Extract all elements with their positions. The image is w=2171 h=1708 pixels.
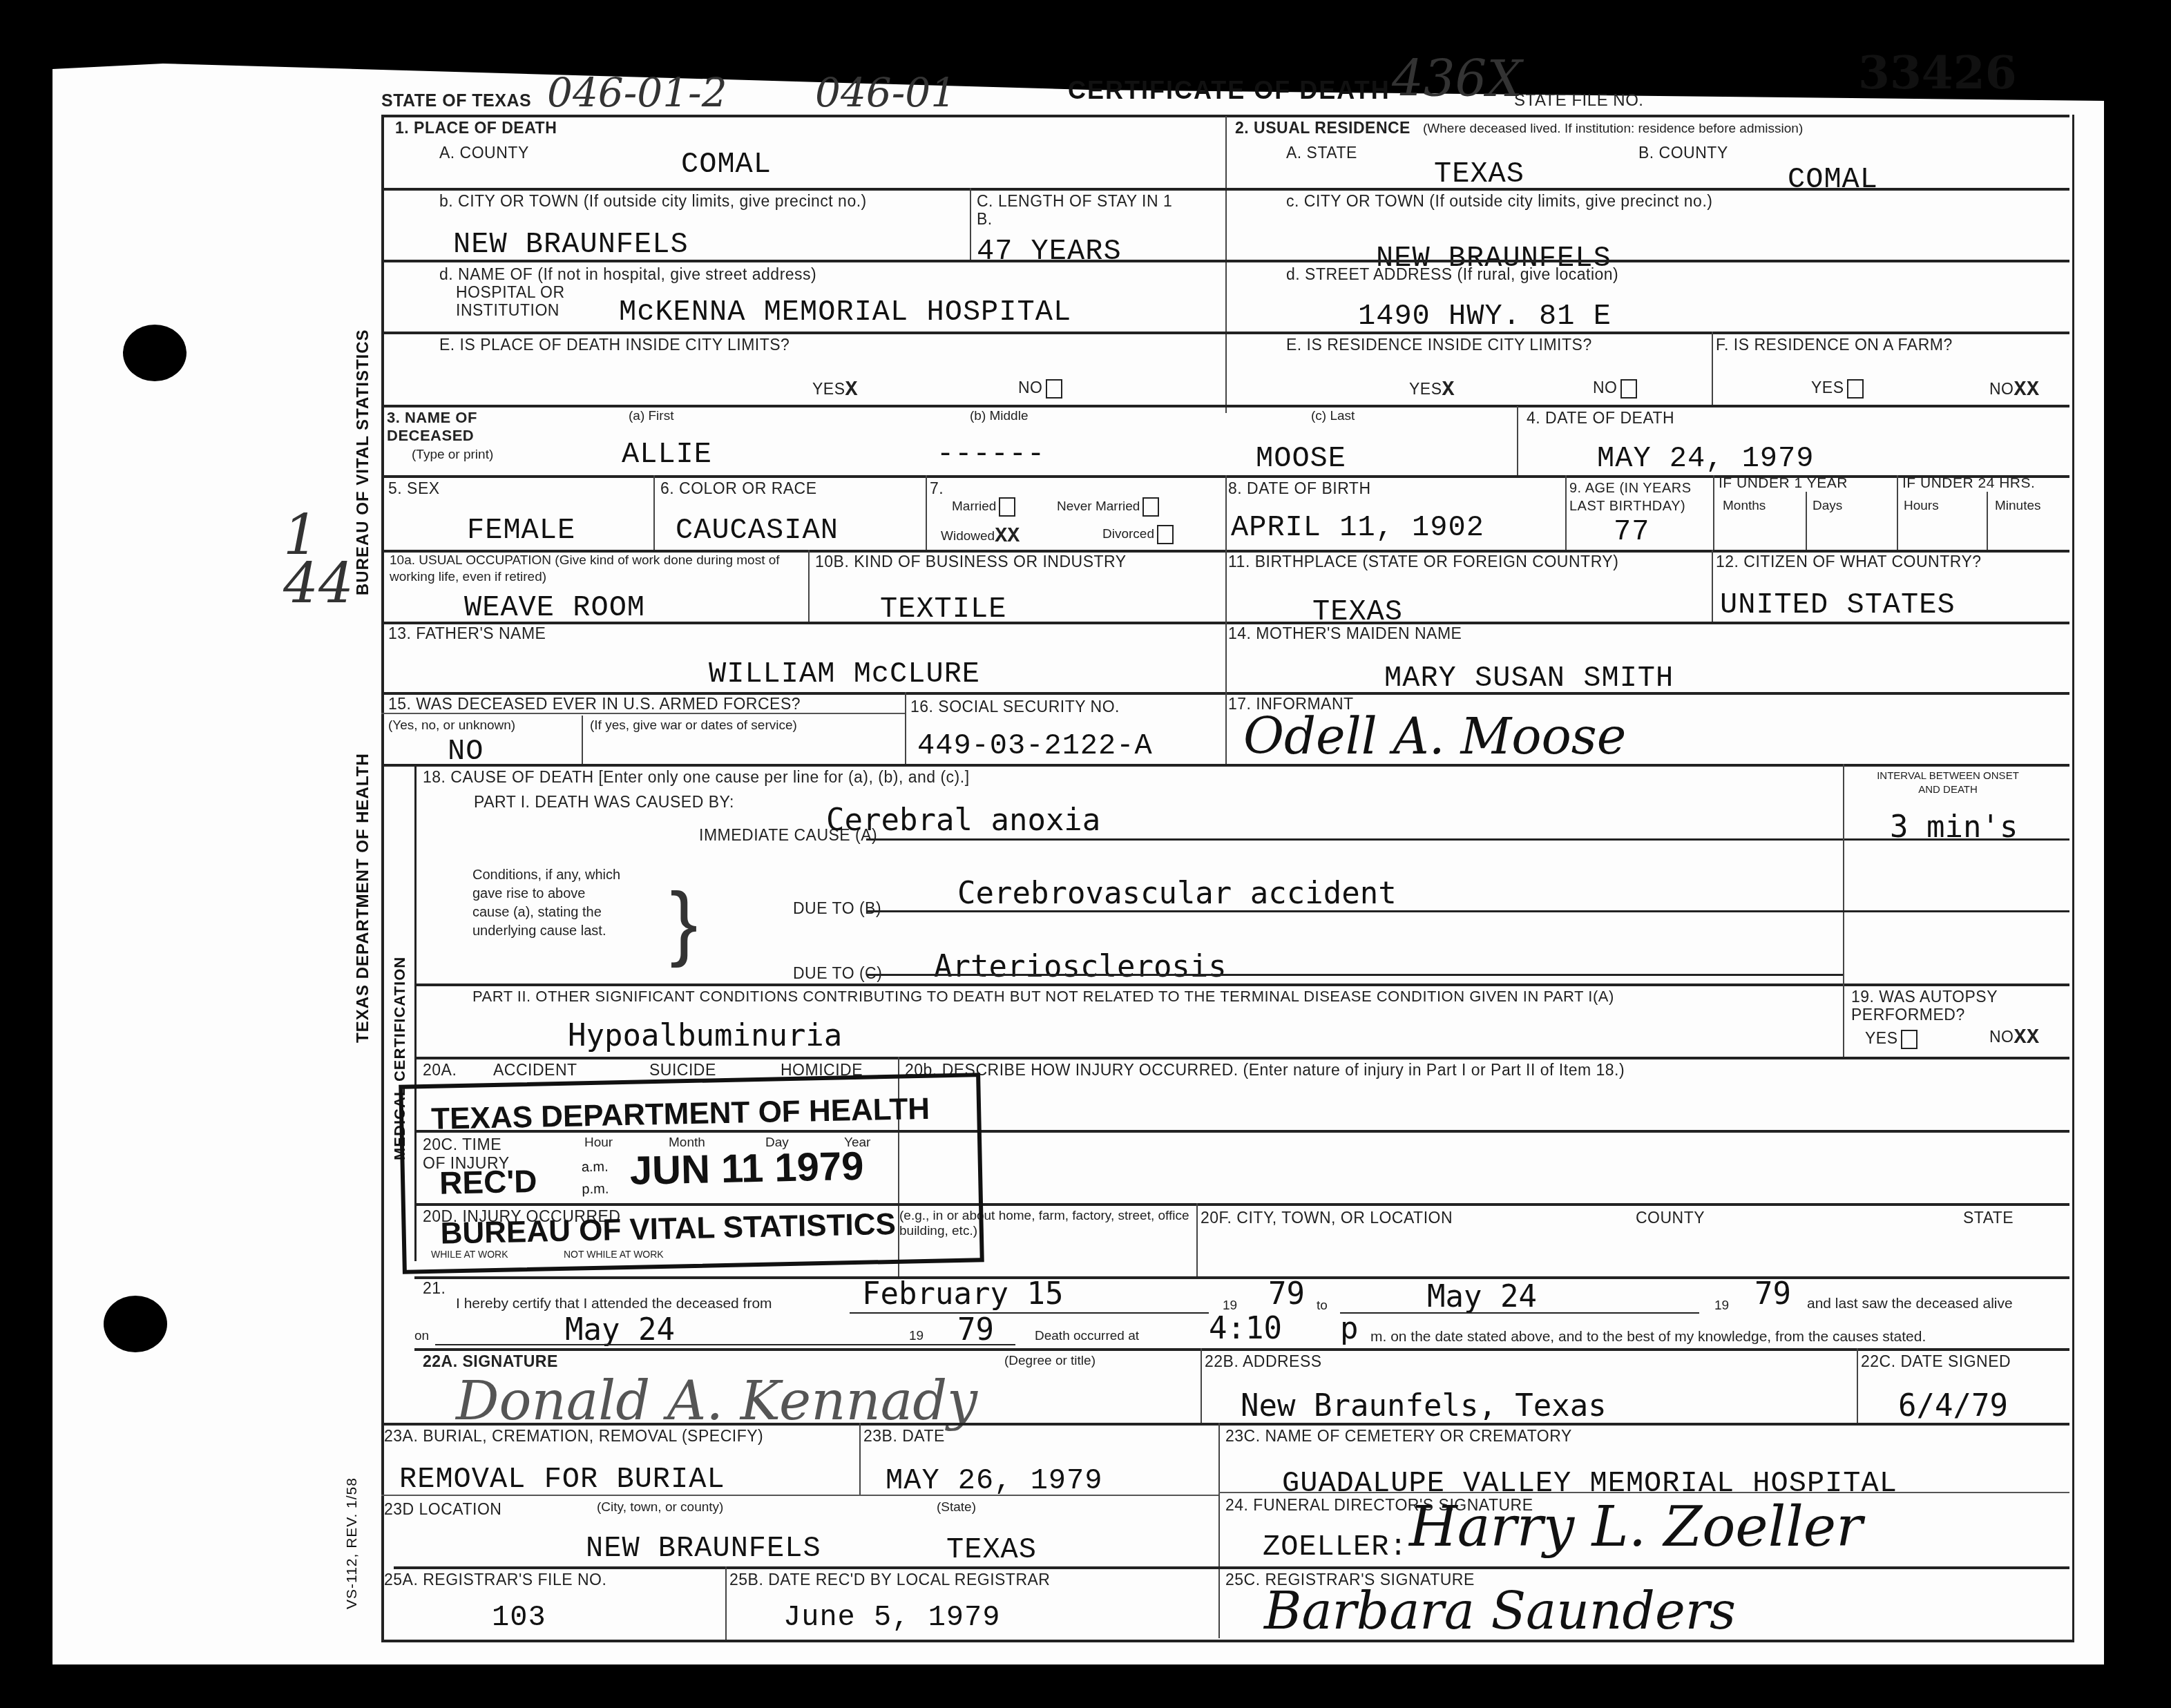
hospital-name: McKENNA MEMORIAL HOSPITAL (619, 296, 1071, 329)
bracket-icon: } (670, 874, 698, 970)
informant-signature: Odell A. Moose (1243, 707, 1626, 765)
checkbox (999, 497, 1015, 517)
street-label: d. STREET ADDRESS (If rural, give locati… (1286, 265, 1618, 284)
stamp-department: TEXAS DEPARTMENT OF HEALTH (431, 1092, 930, 1137)
death-county: COMAL (681, 148, 772, 181)
certificate-title: CERTIFICATE OF DEATH (1068, 76, 1390, 105)
minutes-label: Minutes (1995, 499, 2041, 514)
months-label: Months (1723, 499, 1766, 514)
location-label: 23d LOCATION (384, 1500, 501, 1519)
occupation-label: 10a. USUAL OCCUPATION (Give kind of work… (390, 553, 807, 586)
attended-to: May 24 (1427, 1279, 1537, 1314)
death-at-label: Death occurred at (1035, 1329, 1139, 1344)
year-prefix: 19 (909, 1329, 924, 1344)
last-seen-year: 79 (957, 1312, 994, 1347)
middle-name: ------ (937, 438, 1045, 471)
date-of-birth: APRIL 11, 1902 (1231, 511, 1484, 544)
middle-name-label: (b) Middle (970, 409, 1028, 424)
date-signed-label: 22c. DATE SIGNED (1861, 1352, 2011, 1371)
side-label-department: TEXAS DEPARTMENT OF HEALTH (354, 753, 373, 1043)
disposition-date-label: 23b. DATE (863, 1427, 945, 1446)
under-year-label: IF UNDER 1 YEAR (1719, 475, 1848, 492)
injury-state-label: STATE (1963, 1209, 2014, 1227)
checkmark: XX (2014, 1026, 2040, 1050)
checkbox (1620, 379, 1637, 399)
farm-label: f. IS RESIDENCE ON A FARM? (1716, 336, 1953, 354)
interval-label: INTERVAL BETWEEN ONSET AND DEATH (1865, 769, 2031, 797)
mother-maiden-name: MARY SUSAN SMITH (1384, 662, 1674, 695)
accident-label: ACCIDENT (493, 1061, 577, 1080)
received-stamp: TEXAS DEPARTMENT OF HEALTH REC'D a.m. p.… (399, 1073, 984, 1274)
checkmark: X (1442, 378, 1455, 402)
mother-label: 14. MOTHER'S MAIDEN NAME (1228, 624, 1462, 643)
hospital-label: d. NAME OF (If not in hospital, give str… (439, 265, 816, 284)
cemetery-label: 23c. NAME OF CEMETERY OR CREMATORY (1225, 1427, 1572, 1446)
registrar-date-label: 25b. DATE REC'D BY LOCAL REGISTRAR (729, 1571, 1050, 1589)
cert-text2: and last saw the deceased alive (1807, 1296, 2013, 1312)
citizen-label: 12. CITIZEN OF WHAT COUNTRY? (1716, 553, 1982, 571)
age: 77 (1614, 515, 1649, 548)
age-label: 9. AGE (In years last birthday) (1569, 479, 1708, 515)
sex-label: 5. SEX (388, 479, 440, 498)
address-label: 22b. ADDRESS (1205, 1352, 1322, 1371)
location-state: TEXAS (946, 1533, 1037, 1566)
registrar-file-label: 25a. REGISTRAR'S FILE NO. (384, 1571, 606, 1589)
checkmark: X (845, 378, 859, 402)
first-name-label: (a) First (629, 409, 673, 424)
injury-a-label: 20a. (423, 1061, 457, 1080)
name-note: (Type or print) (412, 448, 493, 463)
armed-sub2: (If yes, give war or dates of service) (590, 718, 797, 733)
hole-punch-bottom (104, 1296, 167, 1352)
checkbox (1046, 379, 1062, 399)
immediate-cause: Cerebral anoxia (826, 803, 1100, 838)
residence-county: COMAL (1788, 163, 1878, 196)
death-inside-city-label: e. IS PLACE OF DEATH INSIDE CITY LIMITS? (439, 336, 790, 354)
disposition-date: MAY 26, 1979 (886, 1464, 1102, 1497)
occupation: WEAVE ROOM (464, 591, 645, 624)
stamp-bureau: BUREAU OF VITAL STATISTICS (440, 1207, 896, 1251)
registrar-signature: Barbara Saunders (1264, 1582, 1736, 1641)
attended-from-year: 79 (1268, 1276, 1305, 1312)
county-label: a. COUNTY (439, 144, 529, 162)
injury-f-label: 20f. CITY, TOWN, OR LOCATION (1201, 1209, 1453, 1227)
checkbox (1157, 525, 1174, 544)
hospital-label-3: INSTITUTION (456, 301, 560, 320)
industry-label: 10b. KIND OF BUSINESS OR INDUSTRY (815, 553, 1127, 571)
res-inside-no[interactable]: NO (1593, 378, 1637, 399)
form-id: VS-112, REV. 1/58 (344, 1477, 361, 1609)
armed-sub1: (Yes, no, or unknown) (388, 718, 515, 733)
marital-label: 7. (930, 479, 944, 498)
state-header: STATE OF TEXAS (381, 91, 531, 111)
widowed-option[interactable]: WidowedXX (941, 525, 1020, 548)
signature-label: 22a. SIGNATURE (423, 1352, 558, 1371)
location-city: NEW BRAUNFELS (586, 1532, 821, 1565)
interval: 3 min's (1890, 809, 2018, 845)
certificate-number: 33426 (1858, 46, 2017, 99)
farm-yes[interactable]: YES (1811, 378, 1864, 399)
stamp-pm: p.m. (582, 1182, 609, 1198)
checkbox (1901, 1030, 1917, 1049)
name-label: 3. NAME OF DECEASED (387, 409, 484, 445)
usual-residence-label: 2. USUAL RESIDENCE (1235, 119, 1410, 137)
father-label: 13. FATHER'S NAME (388, 624, 546, 643)
race: CAUCASIAN (676, 514, 839, 547)
location-city-label: (City, town, or county) (597, 1500, 723, 1515)
cert-item-label: 21. (423, 1279, 446, 1298)
last-seen-date: May 24 (565, 1312, 675, 1347)
race-label: 6. COLOR OR RACE (660, 479, 817, 498)
res-inside-city-label: e. IS RESIDENCE INSIDE CITY LIMITS? (1286, 336, 1592, 354)
under-day-label: IF UNDER 24 HRS. (1902, 475, 2035, 492)
autopsy-no[interactable]: NOXX (1989, 1026, 2040, 1050)
father-name: WILLIAM McCLURE (709, 658, 980, 691)
death-city-label: b. CITY OR TOWN (If outside city limits,… (439, 192, 867, 211)
disposition-method: REMOVAL FOR BURIAL (399, 1463, 725, 1496)
degree-label: (Degree or title) (1004, 1354, 1096, 1369)
suicide-label: SUICIDE (649, 1061, 716, 1080)
margin-handwriting: 1 44 (283, 511, 338, 608)
stay-label: c. LENGTH OF STAY in 1 b. (977, 192, 1184, 228)
armed-forces-label: 15. WAS DECEASED EVER IN U.S. ARMED FORC… (388, 695, 801, 713)
funeral-prefix: ZOELLER: (1263, 1531, 1408, 1564)
due-b-label: DUE TO (b) (793, 899, 881, 918)
usual-residence-note: (Where deceased lived. If institution: r… (1423, 122, 1803, 137)
conditions-note: Conditions, if any, which gave rise to a… (472, 866, 624, 941)
attended-from: February 15 (862, 1276, 1063, 1312)
handwritten-file-mark: 436X (1392, 50, 1522, 108)
sex: FEMALE (467, 514, 575, 547)
first-name: ALLIE (622, 438, 712, 471)
last-name-label: (c) Last (1311, 409, 1355, 424)
date-of-death: MAY 24, 1979 (1597, 442, 1814, 475)
cert-text3: m. on the date stated above, and to the … (1370, 1329, 1926, 1345)
birthplace-label: 11. BIRTHPLACE (State or foreign country… (1228, 553, 1618, 571)
part2-conditions: Hypoalbuminuria (568, 1018, 842, 1053)
to-label: to (1317, 1298, 1328, 1314)
ssn-label: 16. SOCIAL SECURITY NO. (910, 698, 1120, 716)
industry: TEXTILE (880, 593, 1006, 626)
handwritten-code-1: 046-01-2 (547, 69, 727, 116)
date-of-death-label: 4. DATE OF DEATH (1527, 409, 1674, 428)
injury-county-label: COUNTY (1636, 1209, 1705, 1227)
registrar-file-no: 103 (492, 1601, 546, 1634)
stamp-am: a.m. (582, 1160, 609, 1176)
funeral-director-signature: Harry L. Zoeller (1409, 1495, 1862, 1559)
res-inside-yes[interactable]: YESX (1409, 378, 1455, 402)
death-ampm: p (1340, 1311, 1359, 1346)
autopsy-label: 19. WAS AUTOPSY PERFORMED? (1851, 988, 2058, 1024)
due-to-b: Cerebrovascular accident (957, 876, 1397, 911)
physician-address: New Braunfels, Texas (1241, 1388, 1607, 1423)
cause-of-death-label: 18. CAUSE OF DEATH [Enter only one cause… (423, 768, 970, 787)
death-inside-yes[interactable]: YESX (812, 378, 858, 402)
hole-punch-top (123, 325, 187, 381)
armed-forces: NO (448, 735, 484, 768)
dob-label: 8. DATE OF BIRTH (1228, 479, 1371, 498)
side-label-bureau: BUREAU OF VITAL STATISTICS (354, 329, 373, 595)
due-to-c: Arteriosclerosis (934, 949, 1227, 984)
year-prefix: 19 (1714, 1298, 1729, 1314)
disposition-method-label: 23a. BURIAL, CREMATION, REMOVAL (Specify… (384, 1427, 763, 1446)
checkbox (1142, 497, 1159, 517)
injury-b-label: 20b. DESCRIBE HOW INJURY OCCURRED. (Ente… (905, 1061, 1625, 1080)
farm-no[interactable]: NOXX (1989, 378, 2040, 402)
length-of-stay: 47 YEARS (977, 235, 1122, 268)
married-option[interactable]: Married (952, 497, 1015, 517)
on-label: on (414, 1329, 429, 1344)
divorced-option[interactable]: Divorced (1102, 525, 1174, 544)
checkmark: XX (995, 525, 1020, 548)
res-city-label: c. CITY OR TOWN (If outside city limits,… (1286, 192, 1712, 211)
hospital-label-2: HOSPITAL OR (456, 283, 565, 302)
location-state-label: (State) (937, 1500, 976, 1515)
death-inside-no[interactable]: NO (1018, 378, 1062, 399)
checkbox (1847, 379, 1864, 399)
place-of-death-label: 1. PLACE OF DEATH (395, 119, 557, 137)
part2-label: PART II. OTHER SIGNIFICANT CONDITIONS CO… (472, 988, 1614, 1006)
never-married-option[interactable]: Never Married (1057, 497, 1159, 517)
residence-state: TEXAS (1434, 157, 1524, 191)
stamp-date: JUN 11 1979 (629, 1143, 864, 1194)
handwritten-code-2: 046-01 (815, 69, 956, 116)
part1-label: PART I. DEATH WAS CAUSED BY: (474, 793, 734, 812)
res-state-label: a. STATE (1286, 144, 1357, 162)
stamp-recd: REC'D (439, 1162, 537, 1202)
citizenship: UNITED STATES (1720, 588, 1955, 622)
days-label: Days (1813, 499, 1842, 514)
res-county-label: b. COUNTY (1638, 144, 1728, 162)
registrar-date: June 5, 1979 (783, 1601, 1000, 1634)
state-file-no-label: STATE FILE NO. (1514, 91, 1643, 111)
attended-to-year: 79 (1754, 1276, 1791, 1312)
social-security-number: 449-03-2122-A (917, 729, 1153, 762)
cert-text1: I hereby certify that I attended the dec… (456, 1296, 772, 1312)
autopsy-yes[interactable]: YES (1865, 1029, 1917, 1049)
last-name: MOOSE (1256, 442, 1346, 475)
date-signed: 6/4/79 (1898, 1388, 2008, 1423)
hours-label: Hours (1904, 499, 1939, 514)
death-time: 4:10 (1209, 1311, 1282, 1346)
death-city: NEW BRAUNFELS (453, 228, 689, 261)
checkmark: XX (2014, 378, 2040, 402)
residence-street: 1490 HWY. 81 E (1358, 300, 1611, 333)
